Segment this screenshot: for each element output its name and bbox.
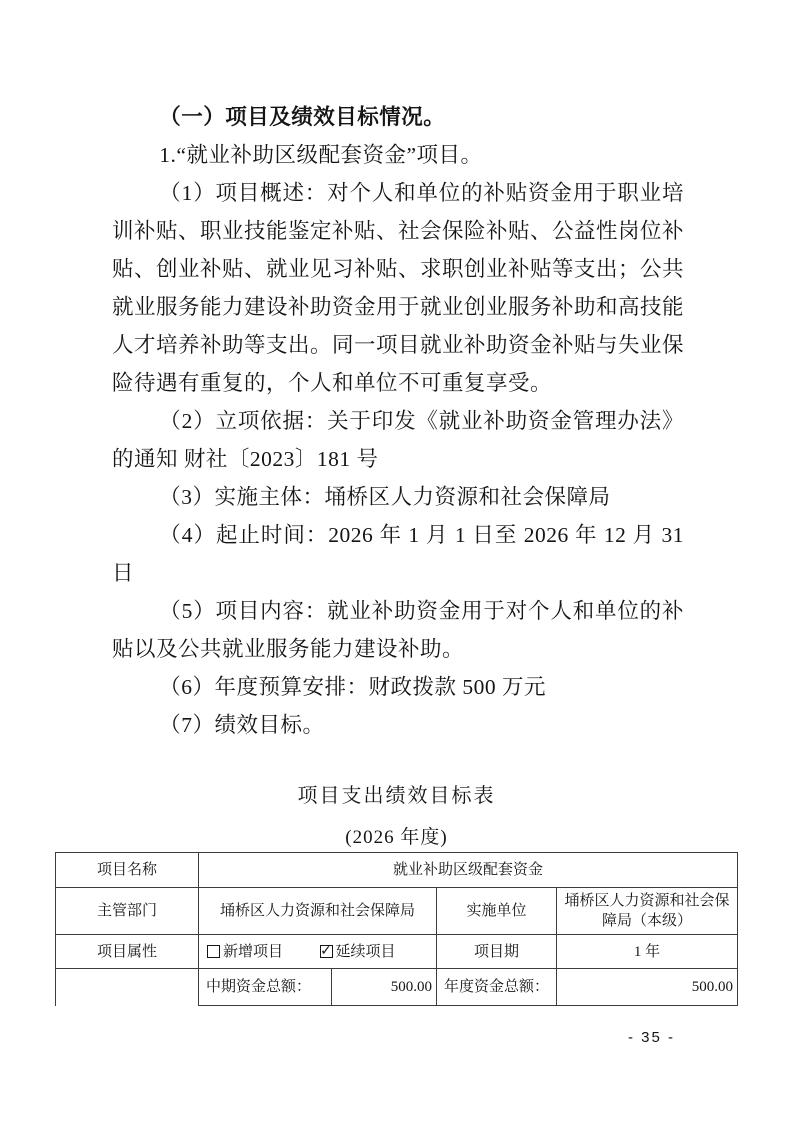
checkbox-new-project-icon — [207, 945, 220, 958]
cell-project-name-value: 就业补助区级配套资金 — [199, 853, 738, 888]
page-number: - 35 - — [628, 1029, 675, 1046]
cell-project-name-label: 项目名称 — [56, 853, 199, 888]
paragraph-project-overview: （1）项目概述：对个人和单位的补贴资金用于职业培训补贴、职业技能鉴定补贴、社会保… — [112, 174, 684, 402]
option-continue-project: ✓ 延续项目 — [318, 942, 431, 962]
table-subtitle: (2026 年度) — [0, 826, 793, 850]
cell-funding-spacer — [56, 969, 199, 1006]
table-row-funding: 中期资金总额： 500.00 年度资金总额： 500.00 — [56, 969, 738, 1006]
table-row-departments: 主管部门 埇桥区人力资源和社会保障局 实施单位 埇桥区人力资源和社会保障局（本级… — [56, 888, 738, 935]
cell-dept-label: 主管部门 — [56, 888, 199, 935]
cell-annual-total-value: 500.00 — [557, 969, 738, 1006]
cell-mid-total-value: 500.00 — [332, 969, 437, 1006]
cell-mid-total-label: 中期资金总额： — [199, 969, 332, 1006]
section-heading: （一）项目及绩效目标情况。 — [112, 98, 684, 136]
paragraph-performance-target: （7）绩效目标。 — [112, 706, 684, 744]
checkbox-continue-project-icon: ✓ — [320, 945, 333, 958]
performance-target-table: 项目名称 就业补助区级配套资金 主管部门 埇桥区人力资源和社会保障局 实施单位 … — [55, 852, 738, 1006]
document-page: （一）项目及绩效目标情况。 1.“就业补助区级配套资金”项目。 （1）项目概述：… — [0, 0, 793, 1122]
cell-attr-label: 项目属性 — [56, 935, 199, 969]
option-new-project: 新增项目 — [205, 942, 318, 962]
cell-dept-value: 埇桥区人力资源和社会保障局 — [199, 888, 437, 935]
paragraph-project-title: 1.“就业补助区级配套资金”项目。 — [112, 136, 684, 174]
cell-impl-label: 实施单位 — [437, 888, 557, 935]
option-continue-project-label: 延续项目 — [336, 942, 396, 962]
body-text: （一）项目及绩效目标情况。 1.“就业补助区级配套资金”项目。 （1）项目概述：… — [112, 98, 684, 744]
paragraph-time-span: （4）起止时间：2026 年 1 月 1 日至 2026 年 12 月 31 日 — [112, 516, 684, 592]
table-title: 项目支出绩效目标表 — [0, 783, 793, 809]
cell-annual-total-label: 年度资金总额： — [437, 969, 557, 1006]
cell-period-value: 1 年 — [557, 935, 738, 969]
cell-impl-value: 埇桥区人力资源和社会保障局（本级） — [557, 888, 738, 935]
cell-period-label: 项目期 — [437, 935, 557, 969]
paragraph-legal-basis: （2）立项依据：关于印发《就业补助资金管理办法》的通知 财社〔2023〕181 … — [112, 402, 684, 478]
option-new-project-label: 新增项目 — [223, 942, 283, 962]
table-row-project-name: 项目名称 就业补助区级配套资金 — [56, 853, 738, 888]
paragraph-implementing-body: （3）实施主体：埇桥区人力资源和社会保障局 — [112, 478, 684, 516]
table-row-attributes: 项目属性 新增项目 ✓ 延续项目 项目期 1 年 — [56, 935, 738, 969]
paragraph-project-content: （5）项目内容：就业补助资金用于对个人和单位的补贴以及公共就业服务能力建设补助。 — [112, 592, 684, 668]
cell-attr-checkboxes: 新增项目 ✓ 延续项目 — [199, 935, 437, 969]
paragraph-annual-budget: （6）年度预算安排：财政拨款 500 万元 — [112, 668, 684, 706]
